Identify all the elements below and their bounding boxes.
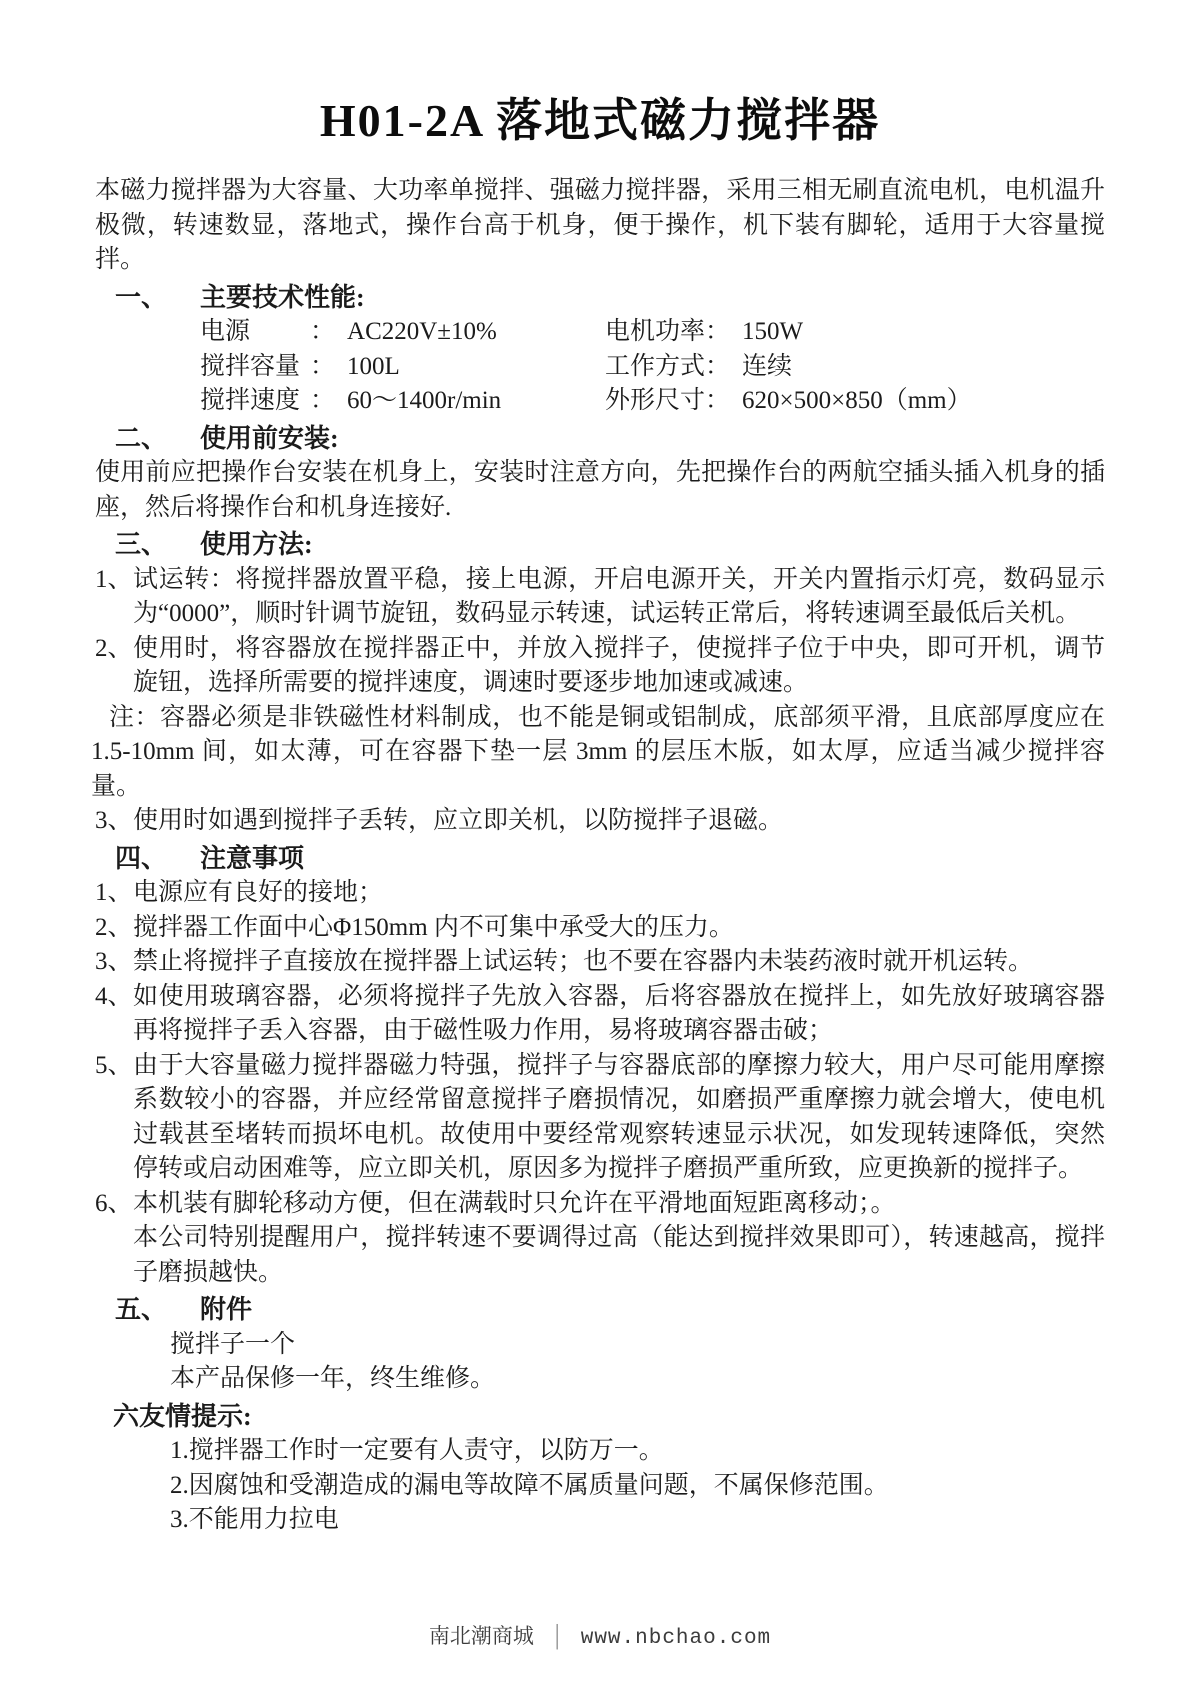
spec-colon: ： bbox=[310, 315, 335, 350]
section-number: 一、 bbox=[115, 281, 200, 316]
warranty-line: 本产品保修一年，终生维修。 bbox=[95, 1362, 1105, 1397]
spec-label: 工作方式： bbox=[605, 350, 730, 385]
section-title: 主要技术性能: bbox=[200, 283, 365, 312]
spec-cell-work-mode: 工作方式：连续 bbox=[605, 350, 792, 385]
spec-value: AC220V±10% bbox=[347, 315, 497, 350]
caution-item-2: 2、 搅拌器工作面中心Φ150mm 内不可集中承受大的压力。 bbox=[95, 911, 1105, 946]
tip-item-1: 1.搅拌器工作时一定要有人责守，以防万一。 bbox=[95, 1434, 1105, 1469]
page-title: H01-2A 落地式磁力搅拌器 bbox=[0, 92, 1200, 150]
footer-url: www.nbchao.com bbox=[581, 1627, 771, 1650]
caution-item-1: 1、 电源应有良好的接地； bbox=[95, 876, 1105, 911]
list-number: 4、 bbox=[95, 980, 133, 1015]
spec-cell-motor-power: 电机功率：150W bbox=[605, 315, 803, 350]
spec-row: 搅拌容量：100L 工作方式：连续 bbox=[95, 350, 1105, 385]
footer-brand: 南北潮商城 bbox=[429, 1624, 534, 1648]
tip-item-3: 3.不能用力拉电 bbox=[95, 1503, 1105, 1538]
section-heading-tips: 六友情提示: bbox=[95, 1400, 1105, 1435]
spec-value: 100L bbox=[347, 350, 400, 385]
section-title: 使用方法: bbox=[200, 530, 313, 559]
list-number: 6、 bbox=[95, 1187, 133, 1222]
section-title: 使用前安装: bbox=[200, 424, 339, 453]
spec-label: 外形尺寸： bbox=[605, 384, 730, 419]
list-number: 5、 bbox=[95, 1049, 133, 1084]
section-number: 五、 bbox=[115, 1293, 200, 1328]
tip-item-2: 2.因腐蚀和受潮造成的漏电等故障不属质量问题，不属保修范围。 bbox=[95, 1469, 1105, 1504]
spec-label: 电机功率： bbox=[605, 315, 730, 350]
section-heading-accessories: 五、附件 bbox=[95, 1293, 1105, 1328]
list-number: 3、 bbox=[95, 945, 133, 980]
usage-item-2: 2、 使用时，将容器放在搅拌器正中，并放入搅拌子，使搅拌子位于中央，即可开机，调… bbox=[95, 632, 1105, 701]
caution-item-6: 6、 本机装有脚轮移动方便，但在满载时只允许在平滑地面短距离移动；。 bbox=[95, 1187, 1105, 1222]
list-text: 如使用玻璃容器，必须将搅拌子先放入容器，后将容器放在搅拌上，如先放好玻璃容器再将… bbox=[133, 983, 1105, 1045]
caution-item-3: 3、 禁止将搅拌子直接放在搅拌器上试运转；也不要在容器内未装药液时就开机运转。 bbox=[95, 945, 1105, 980]
spec-colon: ： bbox=[310, 350, 335, 385]
section-title: 注意事项 bbox=[200, 844, 304, 873]
section-heading-caution: 四、注意事项 bbox=[95, 842, 1105, 877]
section-title: 附件 bbox=[200, 1295, 252, 1324]
list-number: 3、 bbox=[95, 804, 133, 839]
section-heading-usage: 三、使用方法: bbox=[95, 528, 1105, 563]
spec-value: 连续 bbox=[742, 350, 792, 385]
caution-item-5: 5、 由于大容量磁力搅拌器磁力特强，搅拌子与容器底部的摩擦力较大，用户尽可能用摩… bbox=[95, 1049, 1105, 1187]
usage-item-1: 1、 试运转：将搅拌器放置平稳，接上电源，开启电源开关，开关内置指示灯亮，数码显… bbox=[95, 563, 1105, 632]
spec-value: 620×500×850（mm） bbox=[742, 384, 972, 419]
spec-cell-power: 电源：AC220V±10% bbox=[200, 315, 605, 350]
spec-value: 150W bbox=[742, 315, 803, 350]
caution-item-4: 4、 如使用玻璃容器，必须将搅拌子先放入容器，后将容器放在搅拌上，如先放好玻璃容… bbox=[95, 980, 1105, 1049]
spec-label: 搅拌速度 bbox=[200, 384, 310, 419]
section-number: 二、 bbox=[115, 422, 200, 457]
spec-row: 电源：AC220V±10% 电机功率：150W bbox=[95, 315, 1105, 350]
spec-cell-dimensions: 外形尺寸：620×500×850（mm） bbox=[605, 384, 972, 419]
list-number: 2、 bbox=[95, 911, 133, 946]
section-number: 三、 bbox=[115, 528, 200, 563]
spec-cell-speed: 搅拌速度：60～1400r/min bbox=[200, 384, 605, 419]
list-text: 搅拌器工作面中心Φ150mm 内不可集中承受大的压力。 bbox=[133, 914, 734, 941]
section-number: 四、 bbox=[115, 842, 200, 877]
intro-paragraph: 本磁力搅拌器为大容量、大功率单搅拌、强磁力搅拌器，采用三相无刷直流电机，电机温升… bbox=[95, 174, 1105, 278]
spec-label: 电源 bbox=[200, 315, 310, 350]
document-content: 本磁力搅拌器为大容量、大功率单搅拌、强磁力搅拌器，采用三相无刷直流电机，电机温升… bbox=[95, 174, 1105, 1538]
list-text: 使用时，将容器放在搅拌器正中，并放入搅拌子，使搅拌子位于中央，即可开机，调节旋钮… bbox=[133, 635, 1105, 697]
list-text: 由于大容量磁力搅拌器磁力特强，搅拌子与容器底部的摩擦力较大，用户尽可能用摩擦系数… bbox=[133, 1052, 1105, 1183]
list-text: 禁止将搅拌子直接放在搅拌器上试运转；也不要在容器内未装药液时就开机运转。 bbox=[133, 948, 1033, 975]
usage-note: 注：容器必须是非铁磁性材料制成，也不能是铜或铝制成，底部须平滑，且底部厚度应在 … bbox=[91, 701, 1105, 805]
list-number: 1、 bbox=[95, 563, 133, 598]
spec-value: 60～1400r/min bbox=[347, 384, 501, 419]
usage-item-3: 3、 使用时如遇到搅拌子丢转，应立即关机，以防搅拌子退磁。 bbox=[95, 804, 1105, 839]
list-text: 电源应有良好的接地； bbox=[133, 879, 383, 906]
spec-cell-capacity: 搅拌容量：100L bbox=[200, 350, 605, 385]
spec-row: 搅拌速度：60～1400r/min 外形尺寸：620×500×850（mm） bbox=[95, 384, 1105, 419]
footer-divider: │ bbox=[550, 1624, 565, 1648]
list-text: 使用时如遇到搅拌子丢转，应立即关机，以防搅拌子退磁。 bbox=[133, 807, 783, 834]
section-heading-install: 二、使用前安装: bbox=[95, 422, 1105, 457]
list-number: 1、 bbox=[95, 876, 133, 911]
caution-followup: 本公司特别提醒用户，搅拌转速不要调得过高（能达到搅拌效果即可），转速越高，搅拌子… bbox=[95, 1221, 1105, 1290]
accessory-line: 搅拌子一个 bbox=[95, 1328, 1105, 1363]
document-page: H01-2A 落地式磁力搅拌器 本磁力搅拌器为大容量、大功率单搅拌、强磁力搅拌器… bbox=[0, 92, 1200, 1538]
list-number: 2、 bbox=[95, 632, 133, 667]
section-heading-specs: 一、主要技术性能: bbox=[95, 281, 1105, 316]
spec-colon: ： bbox=[310, 384, 335, 419]
spec-label: 搅拌容量 bbox=[200, 350, 310, 385]
list-text: 本机装有脚轮移动方便，但在满载时只允许在平滑地面短距离移动；。 bbox=[133, 1190, 896, 1217]
footer-watermark: 南北潮商城│www.nbchao.com bbox=[0, 1620, 1200, 1650]
install-paragraph: 使用前应把操作台安装在机身上，安装时注意方向，先把操作台的两航空插头插入机身的插… bbox=[95, 456, 1105, 525]
list-text: 试运转：将搅拌器放置平稳，接上电源，开启电源开关，开关内置指示灯亮，数码显示为“… bbox=[133, 566, 1105, 628]
